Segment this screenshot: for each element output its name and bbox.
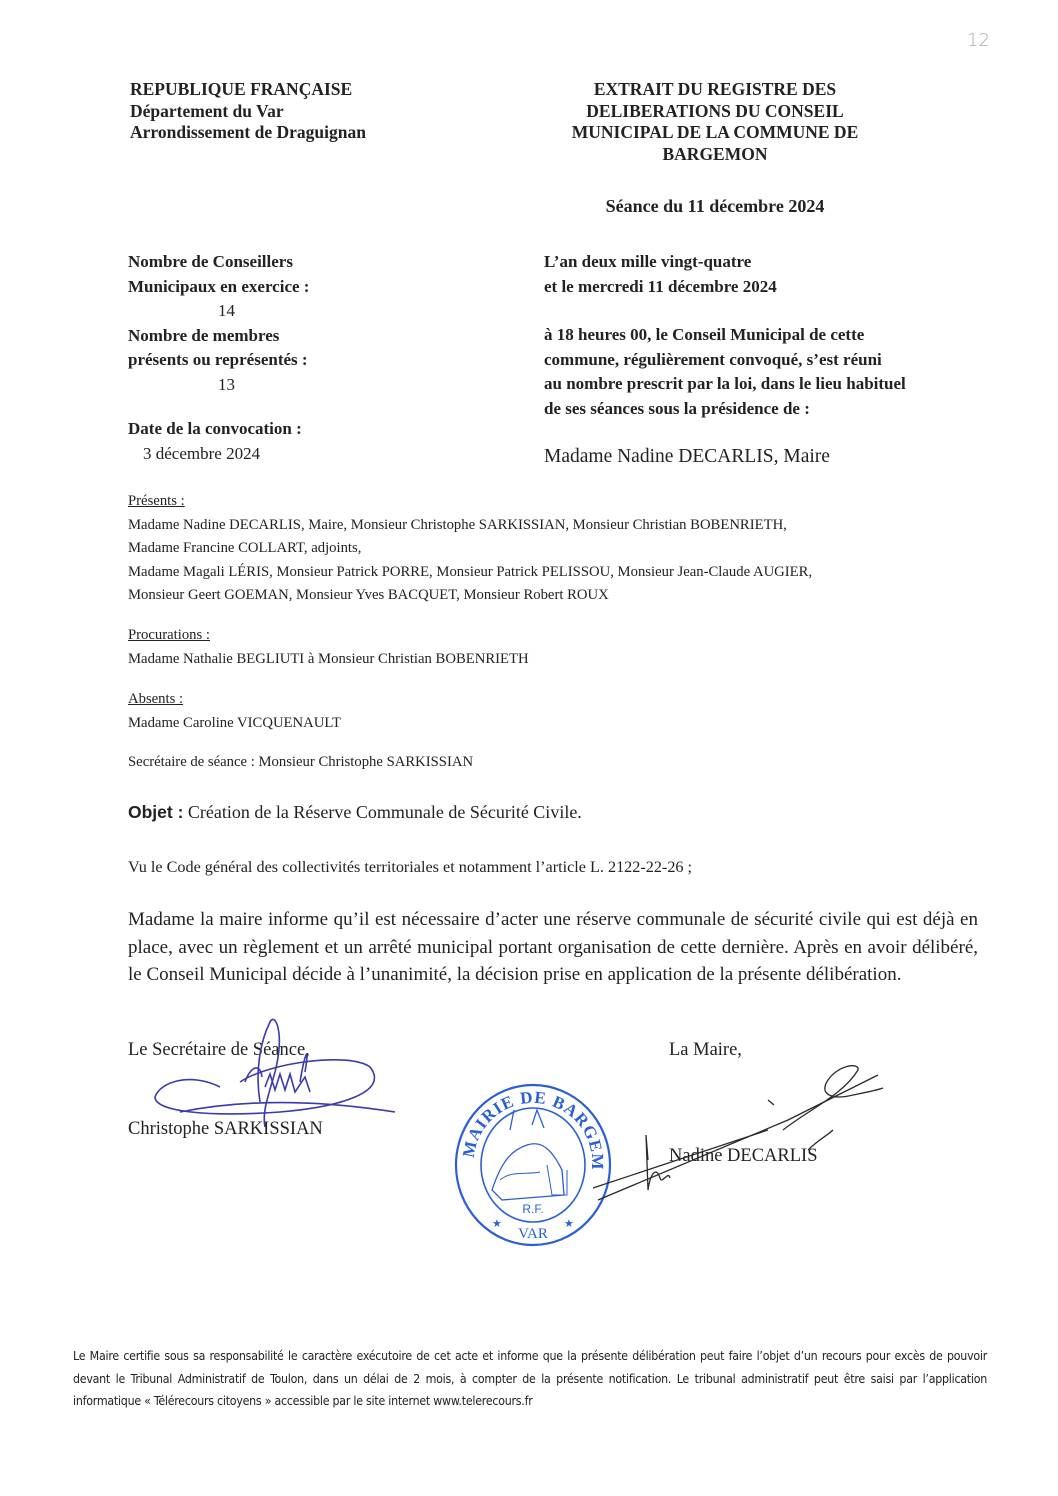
conseillers-label-2: Municipaux en exercice : (128, 275, 309, 300)
svg-text:★: ★ (564, 1218, 574, 1230)
title-line-2: DELIBERATIONS DU CONSEIL (530, 101, 900, 123)
presents-line: Madame Nadine DECARLIS, Maire, Monsieur … (128, 514, 1008, 538)
republique-line: REPUBLIQUE FRANÇAISE (130, 79, 366, 101)
president: Madame Nadine DECARLIS, Maire (544, 445, 984, 470)
departement-line: Département du Var (130, 101, 366, 123)
membres-label-1: Nombre de membres (128, 324, 309, 349)
header-right: EXTRAIT DU REGISTRE DES DELIBERATIONS DU… (530, 79, 900, 165)
title-line-1: EXTRAIT DU REGISTRE DES (530, 79, 900, 101)
conseillers-label-1: Nombre de Conseillers (128, 250, 309, 275)
presents-section: Présents : Madame Nadine DECARLIS, Maire… (128, 490, 1008, 608)
vu-line: Vu le Code général des collectivités ter… (128, 858, 692, 877)
objet-text: Création de la Réserve Communale de Sécu… (183, 802, 581, 822)
absents-section: Absents : Madame Caroline VICQUENAULT (128, 688, 1008, 735)
presents-line: Madame Magali LÉRIS, Monsieur Patrick PO… (128, 561, 1008, 585)
preamble-line-4: commune, régulièrement convoqué, s’est r… (544, 348, 984, 373)
decision-paragraph: Madame la maire informe qu’il est nécess… (128, 906, 978, 989)
maire-signature-icon (588, 1060, 888, 1210)
presents-label: Présents : (128, 490, 1008, 514)
stamp-ring-text: MAIRIE DE BARGEMON (445, 1055, 607, 1171)
secretaire-signature-icon (150, 1012, 410, 1132)
preamble-line-6: de ses séances sous la présidence de : (544, 397, 984, 422)
presents-line: Madame Francine COLLART, adjoints, (128, 537, 1008, 561)
presents-line: Monsieur Geert GOEMAN, Monsieur Yves BAC… (128, 584, 1008, 608)
convocation-value: 3 décembre 2024 (128, 442, 309, 467)
procurations-label: Procurations : (128, 624, 1008, 648)
absents-text: Madame Caroline VICQUENAULT (128, 712, 1008, 736)
svg-text:★: ★ (492, 1218, 502, 1230)
stamp-bottom-text: VAR (518, 1226, 548, 1242)
procurations-section: Procurations : Madame Nathalie BEGLIUTI … (128, 624, 1008, 671)
conseillers-value: 14 (128, 299, 309, 324)
stats-column: Nombre de Conseillers Municipaux en exer… (128, 250, 309, 466)
seance-date: Séance du 11 décembre 2024 (530, 196, 900, 217)
page-number: 12 (967, 30, 990, 51)
preamble: L’an deux mille vingt-quatre et le mercr… (544, 250, 984, 470)
preamble-line-5: au nombre prescrit par la loi, dans le l… (544, 372, 984, 397)
stamp-center-text: R.F. (522, 1202, 543, 1216)
secretaire-line: Secrétaire de séance : Monsieur Christop… (128, 751, 1008, 775)
svg-text:MAIRIE DE BARGEMON: MAIRIE DE BARGEMON (445, 1055, 607, 1171)
preamble-line-2: et le mercredi 11 décembre 2024 (544, 275, 984, 300)
maire-signature-label: La Maire, (669, 1040, 742, 1061)
legal-footer: Le Maire certifie sous sa responsabilité… (73, 1345, 987, 1413)
preamble-line-3: à 18 heures 00, le Conseil Municipal de … (544, 323, 984, 348)
procurations-text: Madame Nathalie BEGLIUTI à Monsieur Chri… (128, 648, 1008, 672)
arrondissement-line: Arrondissement de Draguignan (130, 122, 366, 144)
absents-label: Absents : (128, 688, 1008, 712)
membres-value: 13 (128, 373, 309, 398)
convocation-label: Date de la convocation : (128, 417, 309, 442)
objet-label: Objet : (128, 802, 183, 822)
header-left: REPUBLIQUE FRANÇAISE Département du Var … (130, 79, 366, 144)
membres-label-2: présents ou représentés : (128, 348, 309, 373)
title-line-3: MUNICIPAL DE LA COMMUNE DE (530, 122, 900, 144)
preamble-line-1: L’an deux mille vingt-quatre (544, 250, 984, 275)
title-line-4: BARGEMON (530, 144, 900, 166)
objet: Objet : Création de la Réserve Communale… (128, 802, 582, 823)
